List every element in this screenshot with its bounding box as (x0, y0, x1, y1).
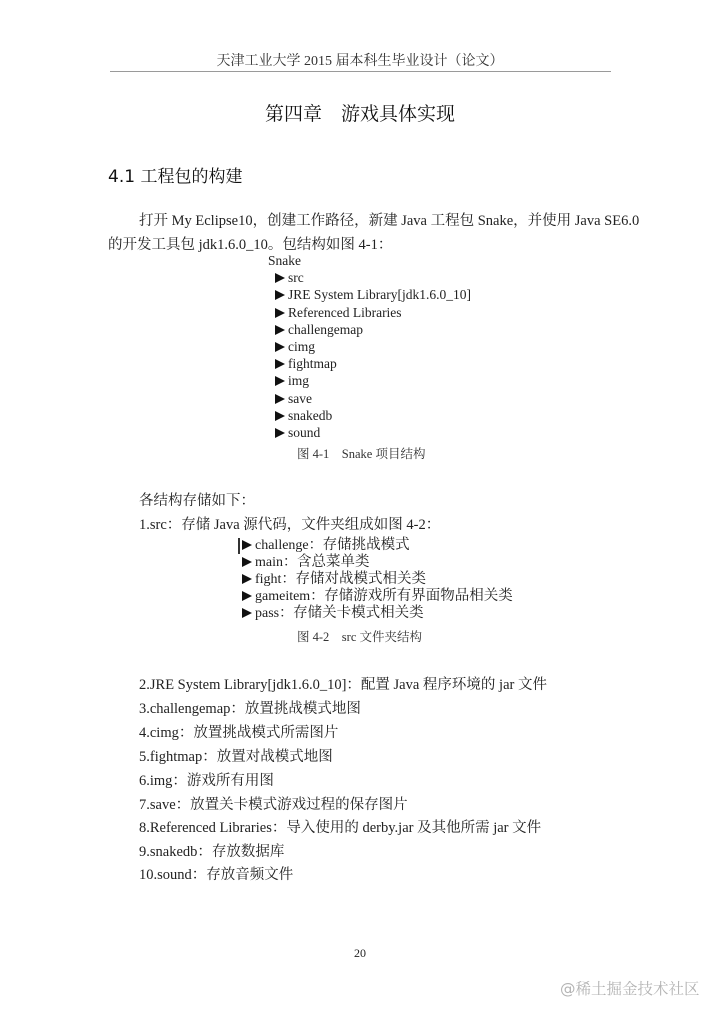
chapter-title: 第四章 游戏具体实现 (0, 99, 720, 126)
tree-item: Referenced Libraries (268, 304, 471, 321)
intro-paragraph-line-1: 打开 My Eclipse10，创建工作路径，新建 Java 工程包 Snake… (139, 209, 639, 230)
tree-item: save (268, 390, 471, 407)
expand-triangle-icon (275, 359, 285, 369)
expand-triangle-icon (275, 273, 285, 283)
expand-triangle-icon (275, 290, 285, 300)
list-item-9: 9.snakedb：存放数据库 (139, 840, 284, 861)
expand-triangle-icon (275, 376, 285, 386)
list-item-2: 2.JRE System Library[jdk1.6.0_10]：配置 Jav… (139, 673, 547, 694)
tree-root-snake: Snake (268, 252, 471, 269)
list-item-4: 4.cimg：放置挑战模式所需图片 (139, 721, 338, 742)
expand-triangle-icon (242, 591, 252, 601)
expand-triangle-icon (275, 342, 285, 352)
intro-paragraph-line-2: 的开发工具包 jdk1.6.0_10。包结构如图 4-1： (108, 233, 392, 254)
tree-item: challengemap (268, 321, 471, 338)
figure-4-1-package-tree: Snake src JRE System Library[jdk1.6.0_10… (268, 252, 471, 441)
figure-4-1-caption: 图 4-1 Snake 项目结构 (297, 444, 425, 462)
tree-item: cimg (268, 338, 471, 355)
expand-triangle-icon (275, 428, 285, 438)
tree-item: JRE System Library[jdk1.6.0_10] (268, 286, 471, 303)
list-item-6: 6.img：游戏所有用图 (139, 769, 274, 790)
page-number: 20 (0, 946, 720, 961)
expand-triangle-icon (275, 411, 285, 421)
list-item-1: 1.src：存储 Java 源代码，文件夹组成如图 4-2： (139, 513, 440, 534)
src-folder-item: main：含总菜单类 (240, 554, 513, 571)
list-item-7: 7.save：放置关卡模式游戏过程的保存图片 (139, 793, 408, 814)
src-folder-item: gameitem：存储游戏所有界面物品相关类 (240, 588, 513, 605)
list-item-10: 10.sound：存放音频文件 (139, 863, 293, 884)
src-folder-item: pass：存储关卡模式相关类 (240, 605, 513, 622)
running-header: 天津工业大学 2015 届本科生毕业设计（论文） (0, 50, 720, 70)
structure-intro: 各结构存储如下： (139, 489, 255, 510)
tree-item: fightmap (268, 355, 471, 372)
tree-item: sound (268, 424, 471, 441)
tree-item: src (268, 269, 471, 286)
section-heading: 4.1 工程包的构建 (108, 162, 242, 187)
src-folder-item: fight：存储对战模式相关类 (240, 571, 513, 588)
figure-4-2-caption: 图 4-2 src 文件夹结构 (297, 627, 422, 645)
header-divider (110, 71, 611, 72)
expand-triangle-icon (275, 325, 285, 335)
expand-triangle-icon (242, 540, 252, 550)
expand-triangle-icon (242, 557, 252, 567)
expand-triangle-icon (275, 308, 285, 318)
tree-item: img (268, 372, 471, 389)
expand-triangle-icon (275, 394, 285, 404)
watermark: @稀土掘金技术社区 (560, 977, 700, 999)
text-cursor (238, 538, 240, 554)
expand-triangle-icon (242, 608, 252, 618)
tree-item: snakedb (268, 407, 471, 424)
list-item-3: 3.challengemap：放置挑战模式地图 (139, 697, 361, 718)
list-item-8: 8.Referenced Libraries：导入使用的 derby.jar 及… (139, 816, 541, 837)
src-folder-item: challenge：存储挑战模式 (240, 537, 513, 554)
expand-triangle-icon (242, 574, 252, 584)
list-item-5: 5.fightmap：放置对战模式地图 (139, 745, 333, 766)
figure-4-2-src-tree: challenge：存储挑战模式 main：含总菜单类 fight：存储对战模式… (240, 537, 513, 622)
